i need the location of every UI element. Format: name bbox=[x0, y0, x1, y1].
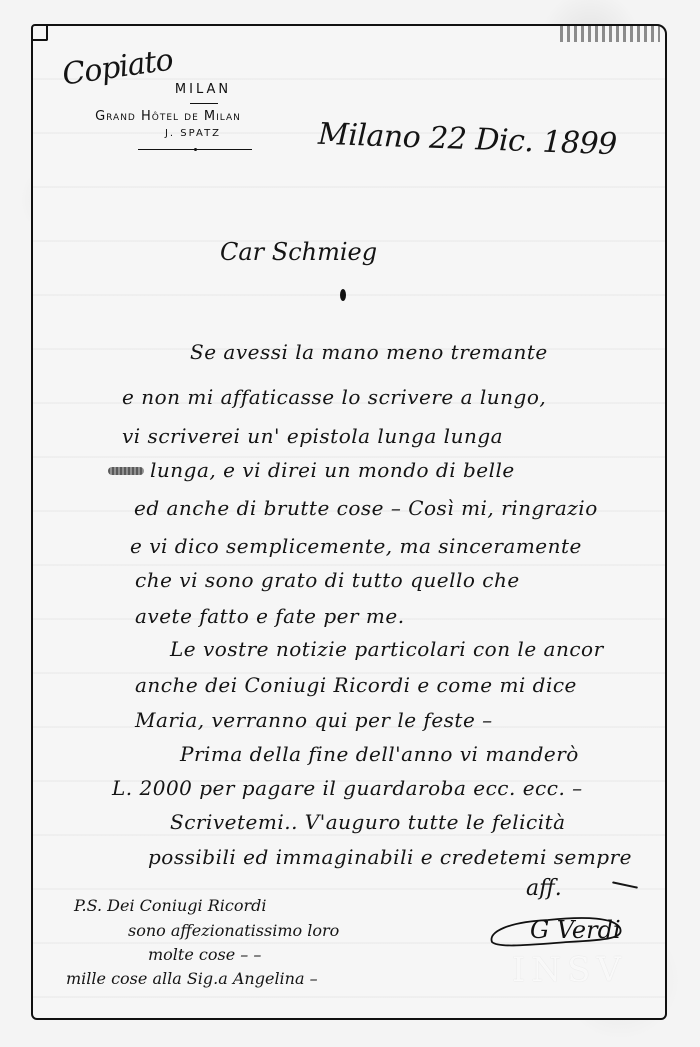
postscript-line: sono affezionatissimo loro bbox=[128, 921, 339, 940]
folded-corner-mark bbox=[32, 25, 48, 41]
signature: G Verdi bbox=[488, 912, 624, 952]
body-line: avete fatto e fate per me. bbox=[135, 604, 405, 628]
letterhead-city: MILAN bbox=[120, 82, 286, 97]
signature-name: G Verdi bbox=[530, 916, 621, 944]
postscript-line: molte cose – – bbox=[148, 945, 261, 964]
salutation: Car Schmieg bbox=[220, 238, 377, 266]
body-line: lunga, e vi direi un mondo di belle bbox=[150, 458, 515, 482]
postscript-line: P.S. Dei Coniugi Ricordi bbox=[74, 896, 266, 915]
letterhead-hotel-name: Grand Hôtel de Milan bbox=[50, 109, 286, 124]
postscript-line: mille cose alla Sig.a Angelina – bbox=[66, 969, 318, 988]
body-line: e non mi affaticasse lo scrivere a lungo… bbox=[122, 385, 546, 409]
letterhead-divider-short bbox=[190, 103, 218, 104]
body-line: L. 2000 per pagare il guardaroba ecc. ec… bbox=[112, 776, 583, 800]
letterhead-divider bbox=[138, 149, 252, 150]
archive-watermark: INSV bbox=[512, 950, 627, 990]
closing: aff. bbox=[526, 876, 562, 901]
body-line: che vi sono grato di tutto quello che bbox=[135, 568, 520, 592]
body-line: Scrivetemi.. V'auguro tutte le felicità bbox=[170, 810, 566, 834]
ink-blot bbox=[340, 289, 346, 301]
body-line: Prima della fine dell'anno vi manderò bbox=[180, 742, 579, 766]
body-line: anche dei Coniugi Ricordi e come mi dice bbox=[135, 673, 577, 697]
letter-sheet bbox=[31, 24, 667, 1020]
letterhead-owner: J. SPATZ bbox=[100, 128, 286, 139]
body-line: Le vostre notizie particolari con le anc… bbox=[170, 637, 604, 661]
body-line: ed anche di brutte cose – Così mi, ringr… bbox=[134, 496, 598, 520]
body-line: e vi dico semplicemente, ma sinceramente bbox=[130, 534, 582, 558]
letterhead: MILAN Grand Hôtel de Milan J. SPATZ bbox=[80, 82, 286, 150]
body-line: Maria, verranno qui per le feste – bbox=[135, 708, 493, 732]
body-line: possibili ed immaginabili e credetemi se… bbox=[148, 845, 632, 869]
scan-speckle bbox=[560, 26, 660, 42]
body-line: Se avessi la mano meno tremante bbox=[190, 340, 548, 364]
ink-smudge bbox=[108, 467, 144, 475]
body-line: vi scriverei un' epistola lunga lunga bbox=[122, 424, 503, 448]
